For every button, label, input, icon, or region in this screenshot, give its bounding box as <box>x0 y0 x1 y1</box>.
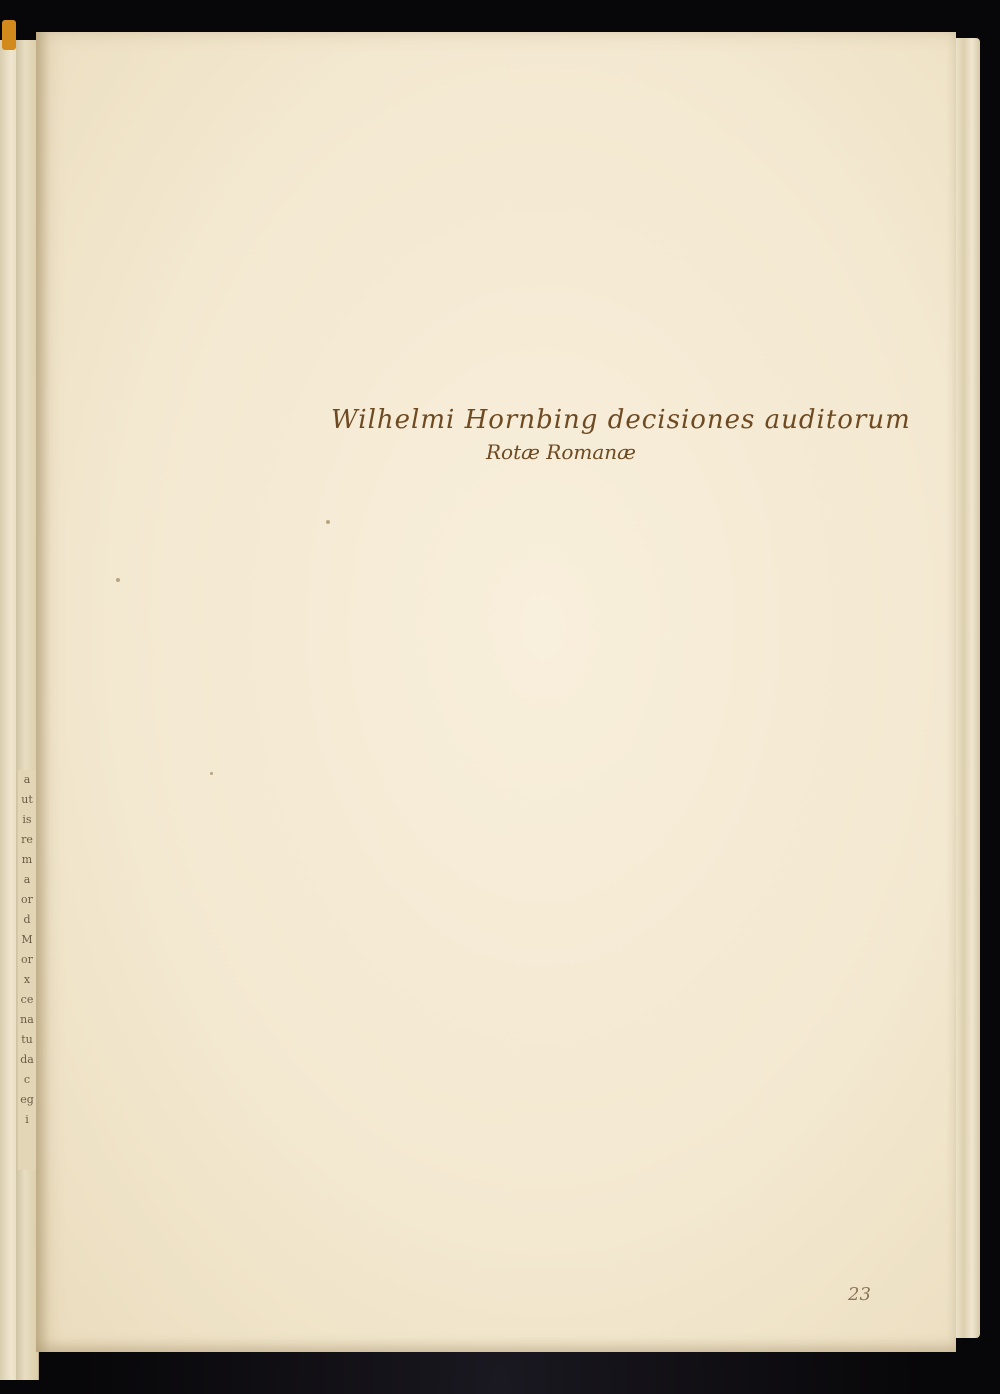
fragment-text: c <box>18 1070 36 1090</box>
fragment-text: m <box>18 850 36 870</box>
fragment-text: x <box>18 970 36 990</box>
title-line-1: Wilhelmi Hornbing decisiones auditorum <box>331 405 911 435</box>
paper-spot <box>210 772 213 775</box>
title-line-2: Rotæ Romanæ <box>486 440 636 464</box>
fragment-text: or <box>18 950 36 970</box>
folio-number: 23 <box>848 1284 871 1305</box>
fragment-text: tu <box>18 1030 36 1050</box>
fragment-text: ut <box>18 790 36 810</box>
fragment-text: da <box>18 1050 36 1070</box>
fragment-text: a <box>18 870 36 890</box>
fragment-text: ce <box>18 990 36 1010</box>
binding-fragment: a ut is re m a or d M or x ce na tu da c… <box>18 770 36 1170</box>
fragment-text: d <box>18 910 36 930</box>
gutter-shadow <box>36 32 50 1352</box>
fragment-text: a <box>18 770 36 790</box>
fragment-text: re <box>18 830 36 850</box>
paper-spot <box>326 520 330 524</box>
fragment-text: eg <box>18 1090 36 1110</box>
fragment-text: M <box>18 930 36 950</box>
fragment-text: na <box>18 1010 36 1030</box>
paper-spot <box>116 578 120 582</box>
binding-ochre-tab <box>2 20 16 50</box>
manuscript-page: Wilhelmi Hornbing decisiones auditorum R… <box>36 32 956 1352</box>
fragment-text: is <box>18 810 36 830</box>
fragment-text: or <box>18 890 36 910</box>
fragment-text: i <box>18 1110 36 1130</box>
